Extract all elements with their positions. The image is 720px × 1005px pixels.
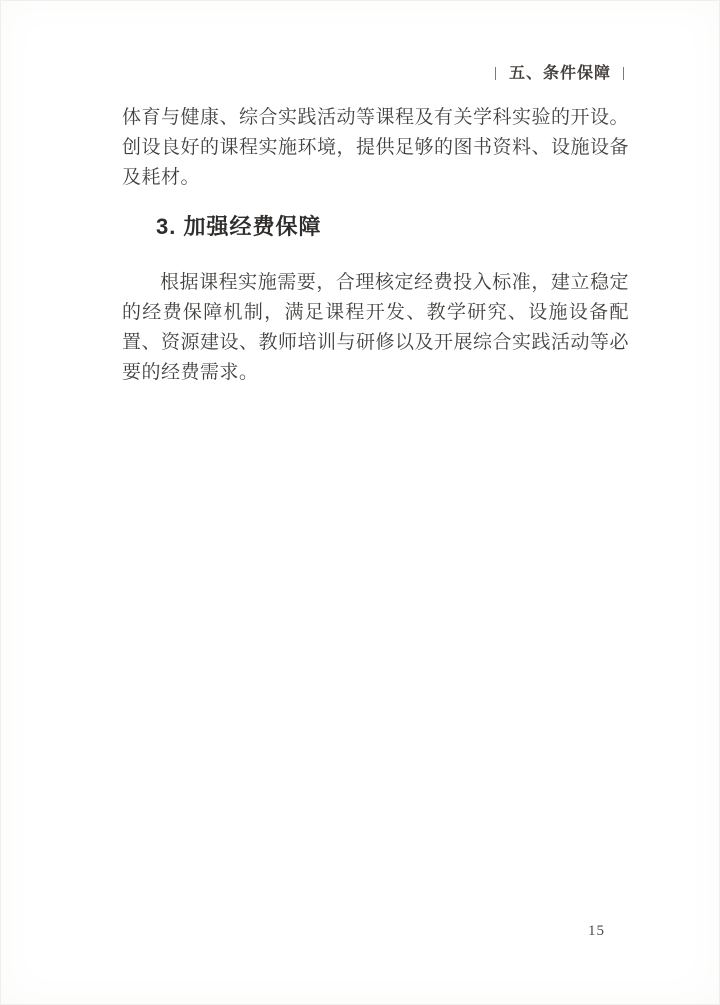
paragraph-funding-requirements: 根据课程实施需要，合理核定经费投入标准，建立稳定的经费保障机制，满足课程开发、教… — [122, 268, 629, 388]
header-left-bar: | — [494, 65, 498, 81]
document-page: |五、条件保障| 体育与健康、综合实践活动等课程及有关学科实验的开设。创设良好的… — [0, 0, 720, 1005]
header-right-bar: | — [622, 65, 626, 81]
paragraph-course-implementation: 体育与健康、综合实践活动等课程及有关学科实验的开设。创设良好的课程实施环境，提供… — [122, 103, 629, 193]
section-heading-funding-guarantee: 3. 加强经费保障 — [156, 210, 321, 241]
running-header: |五、条件保障| — [494, 60, 626, 83]
header-chapter-title: 五、条件保障 — [509, 65, 611, 82]
page-number: 15 — [588, 923, 605, 940]
